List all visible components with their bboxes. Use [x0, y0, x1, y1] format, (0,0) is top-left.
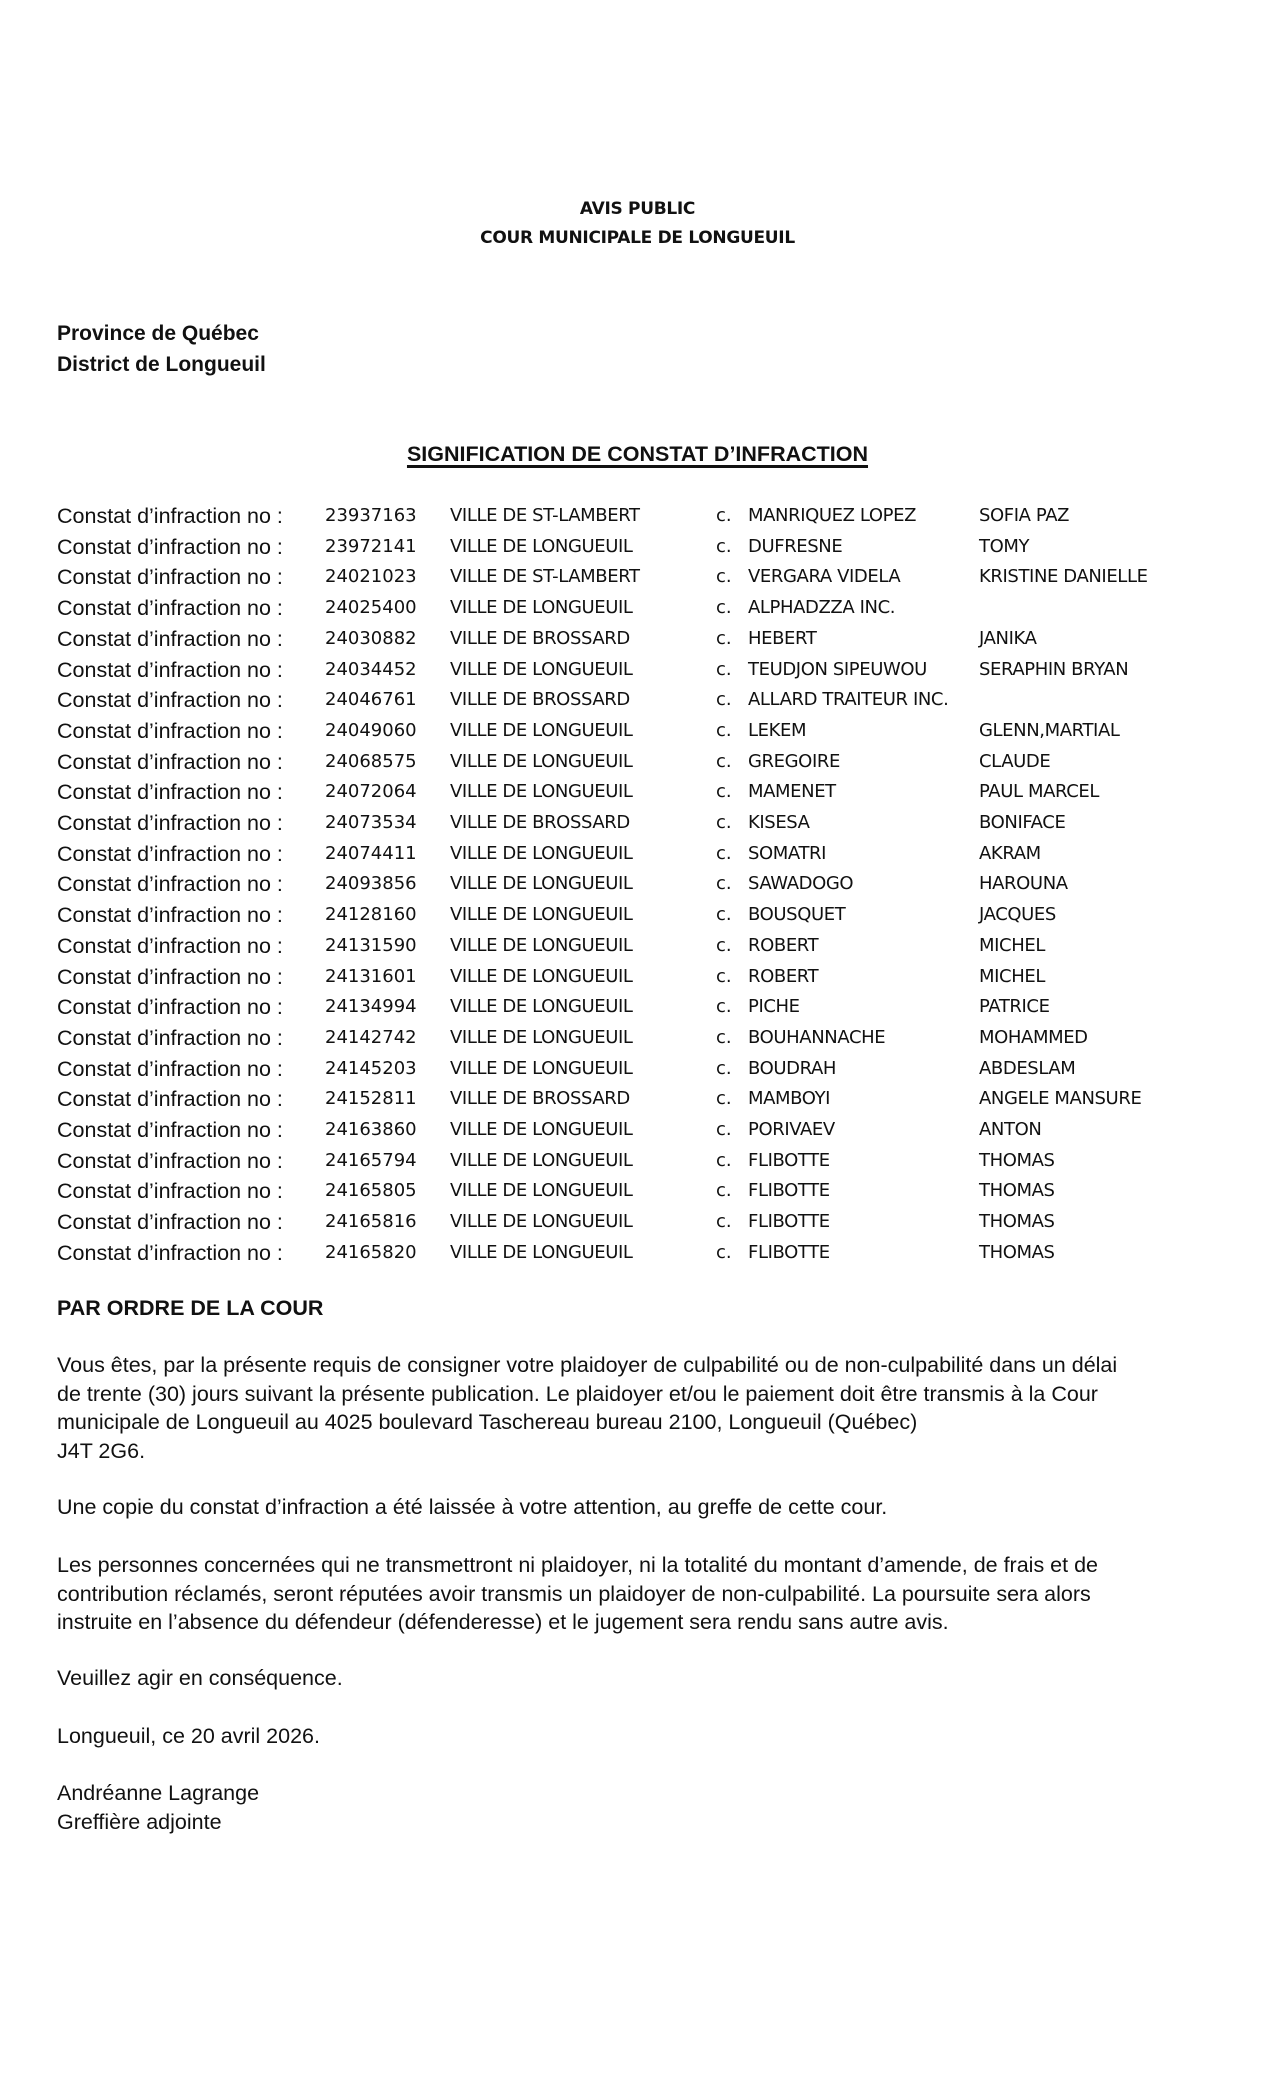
constat-number: 24131590 — [325, 931, 417, 961]
constat-number: 24152811 — [325, 1084, 417, 1114]
prosecutor-city: VILLE DE BROSSARD — [450, 1084, 630, 1114]
defendant-surname: FLIBOTTE — [748, 1238, 830, 1268]
prosecutor-city: VILLE DE BROSSARD — [450, 808, 630, 838]
constat-label: Constat d’infraction no : — [57, 655, 283, 685]
constat-row: Constat d’infraction no :24165816VILLE D… — [0, 1207, 1275, 1237]
versus-marker: c. — [716, 900, 732, 930]
constat-number: 23972141 — [325, 532, 417, 562]
defendant-surname: FLIBOTTE — [748, 1146, 830, 1176]
prosecutor-city: VILLE DE LONGUEUIL — [450, 931, 633, 961]
prosecutor-city: VILLE DE LONGUEUIL — [450, 593, 633, 623]
constat-label: Constat d’infraction no : — [57, 1146, 283, 1176]
constat-number: 24145203 — [325, 1054, 417, 1084]
defendant-firstname: PATRICE — [979, 992, 1050, 1022]
prosecutor-city: VILLE DE LONGUEUIL — [450, 1146, 633, 1176]
plea-line: municipale de Longueuil au 4025 boulevar… — [57, 1408, 1227, 1437]
defendant-surname: ALLARD TRAITEUR INC. — [748, 685, 948, 715]
constat-number: 24093856 — [325, 869, 417, 899]
versus-marker: c. — [716, 1146, 732, 1176]
constat-number: 24163860 — [325, 1115, 417, 1145]
constat-row: Constat d’infraction no :24030882VILLE D… — [0, 624, 1275, 654]
constat-number: 24128160 — [325, 900, 417, 930]
versus-marker: c. — [716, 1084, 732, 1114]
constat-row: Constat d’infraction no :24131590VILLE D… — [0, 931, 1275, 961]
signatory-name: Andréanne Lagrange — [57, 1779, 1227, 1808]
defendant-firstname: JACQUES — [979, 900, 1056, 930]
prosecutor-city: VILLE DE ST-LAMBERT — [450, 501, 640, 531]
constat-label: Constat d’infraction no : — [57, 747, 283, 777]
constat-row: Constat d’infraction no :24165805VILLE D… — [0, 1176, 1275, 1206]
constat-row: Constat d’infraction no :24142742VILLE D… — [0, 1023, 1275, 1053]
defendant-firstname: THOMAS — [979, 1176, 1055, 1206]
prosecutor-city: VILLE DE ST-LAMBERT — [450, 562, 640, 592]
prosecutor-city: VILLE DE LONGUEUIL — [450, 1176, 633, 1206]
default-line: instruite en l’absence du défendeur (déf… — [57, 1608, 1227, 1637]
defendant-surname: PORIVAEV — [748, 1115, 835, 1145]
constat-number: 24142742 — [325, 1023, 417, 1053]
order-heading: PAR ORDRE DE LA COUR — [57, 1294, 1227, 1323]
defendant-firstname: TOMY — [979, 532, 1029, 562]
versus-marker: c. — [716, 1115, 732, 1145]
copy-paragraph: Une copie du constat d’infraction a été … — [57, 1493, 1227, 1522]
constat-label: Constat d’infraction no : — [57, 1207, 283, 1237]
versus-marker: c. — [716, 962, 732, 992]
prosecutor-city: VILLE DE LONGUEUIL — [450, 532, 633, 562]
defendant-firstname: ABDESLAM — [979, 1054, 1075, 1084]
constat-row: Constat d’infraction no :24046761VILLE D… — [0, 685, 1275, 715]
versus-marker: c. — [716, 992, 732, 1022]
constat-row: Constat d’infraction no :24025400VILLE D… — [0, 593, 1275, 623]
versus-marker: c. — [716, 1176, 732, 1206]
prosecutor-city: VILLE DE BROSSARD — [450, 685, 630, 715]
notice-type: AVIS PUBLIC — [0, 199, 1275, 219]
prosecutor-city: VILLE DE LONGUEUIL — [450, 1023, 633, 1053]
constat-label: Constat d’infraction no : — [57, 931, 283, 961]
constat-label: Constat d’infraction no : — [57, 716, 283, 746]
defendant-firstname: ANGELE MANSURE — [979, 1084, 1141, 1114]
defendant-firstname: SOFIA PAZ — [979, 501, 1069, 531]
constat-number: 24068575 — [325, 747, 417, 777]
constat-number: 24165805 — [325, 1176, 417, 1206]
versus-marker: c. — [716, 1054, 732, 1084]
defendant-surname: PICHE — [748, 992, 800, 1022]
versus-marker: c. — [716, 1023, 732, 1053]
defendant-surname: DUFRESNE — [748, 532, 842, 562]
defendant-surname: KISESA — [748, 808, 810, 838]
versus-marker: c. — [716, 685, 732, 715]
prosecutor-city: VILLE DE LONGUEUIL — [450, 1054, 633, 1084]
defendant-surname: MAMENET — [748, 777, 836, 807]
versus-marker: c. — [716, 593, 732, 623]
defendant-surname: ROBERT — [748, 931, 818, 961]
constat-row: Constat d’infraction no :24068575VILLE D… — [0, 747, 1275, 777]
constat-number: 24165820 — [325, 1238, 417, 1268]
act-accordingly: Veuillez agir en conséquence. — [57, 1664, 1227, 1693]
defendant-surname: SAWADOGO — [748, 869, 853, 899]
default-line: contribution réclamés, seront réputées a… — [57, 1580, 1227, 1609]
prosecutor-city: VILLE DE LONGUEUIL — [450, 992, 633, 1022]
defendant-surname: VERGARA VIDELA — [748, 562, 900, 592]
constat-number: 24134994 — [325, 992, 417, 1022]
defendant-surname: BOUHANNACHE — [748, 1023, 885, 1053]
defendant-surname: FLIBOTTE — [748, 1176, 830, 1206]
constat-label: Constat d’infraction no : — [57, 777, 283, 807]
constat-label: Constat d’infraction no : — [57, 1238, 283, 1268]
constat-number: 24034452 — [325, 655, 417, 685]
constat-number: 24073534 — [325, 808, 417, 838]
constat-number: 24165816 — [325, 1207, 417, 1237]
constat-label: Constat d’infraction no : — [57, 1023, 283, 1053]
prosecutor-city: VILLE DE LONGUEUIL — [450, 777, 633, 807]
constat-label: Constat d’infraction no : — [57, 900, 283, 930]
constat-row: Constat d’infraction no :24165820VILLE D… — [0, 1238, 1275, 1268]
constat-number: 24131601 — [325, 962, 417, 992]
defendant-surname: ROBERT — [748, 962, 818, 992]
plea-line: Vous êtes, par la présente requis de con… — [57, 1351, 1227, 1380]
constat-label: Constat d’infraction no : — [57, 962, 283, 992]
constat-row: Constat d’infraction no :24128160VILLE D… — [0, 900, 1275, 930]
constat-label: Constat d’infraction no : — [57, 593, 283, 623]
defendant-firstname: HAROUNA — [979, 869, 1068, 899]
constat-row: Constat d’infraction no :24152811VILLE D… — [0, 1084, 1275, 1114]
prosecutor-city: VILLE DE LONGUEUIL — [450, 869, 633, 899]
constat-row: Constat d’infraction no :24134994VILLE D… — [0, 992, 1275, 1022]
prosecutor-city: VILLE DE LONGUEUIL — [450, 839, 633, 869]
prosecutor-city: VILLE DE BROSSARD — [450, 624, 630, 654]
prosecutor-city: VILLE DE LONGUEUIL — [450, 747, 633, 777]
constat-row: Constat d’infraction no :24131601VILLE D… — [0, 962, 1275, 992]
defendant-firstname: PAUL MARCEL — [979, 777, 1099, 807]
constat-label: Constat d’infraction no : — [57, 839, 283, 869]
versus-marker: c. — [716, 501, 732, 531]
prosecutor-city: VILLE DE LONGUEUIL — [450, 900, 633, 930]
province-label: Province de Québec — [57, 322, 259, 346]
constat-label: Constat d’infraction no : — [57, 501, 283, 531]
prosecutor-city: VILLE DE LONGUEUIL — [450, 1238, 633, 1268]
constat-number: 23937163 — [325, 501, 417, 531]
defendant-firstname: THOMAS — [979, 1238, 1055, 1268]
constat-row: Constat d’infraction no :24093856VILLE D… — [0, 869, 1275, 899]
constat-row: Constat d’infraction no :24049060VILLE D… — [0, 716, 1275, 746]
constat-number: 24025400 — [325, 593, 417, 623]
versus-marker: c. — [716, 1238, 732, 1268]
constat-row: Constat d’infraction no :24163860VILLE D… — [0, 1115, 1275, 1145]
defendant-firstname: CLAUDE — [979, 747, 1050, 777]
district-label: District de Longueuil — [57, 353, 266, 377]
defendant-firstname: MOHAMMED — [979, 1023, 1088, 1053]
constat-label: Constat d’infraction no : — [57, 869, 283, 899]
signature-block: Andréanne Lagrange Greffière adjointe — [57, 1779, 1227, 1836]
versus-marker: c. — [716, 869, 732, 899]
constat-row: Constat d’infraction no :24034452VILLE D… — [0, 655, 1275, 685]
constat-label: Constat d’infraction no : — [57, 1054, 283, 1084]
constat-row: Constat d’infraction no :24073534VILLE D… — [0, 808, 1275, 838]
constat-row: Constat d’infraction no :24074411VILLE D… — [0, 839, 1275, 869]
defendant-firstname: THOMAS — [979, 1207, 1055, 1237]
constat-label: Constat d’infraction no : — [57, 532, 283, 562]
plea-line: J4T 2G6. — [57, 1437, 1227, 1466]
constat-row: Constat d’infraction no :24165794VILLE D… — [0, 1146, 1275, 1176]
defendant-surname: ALPHADZZA INC. — [748, 593, 895, 623]
defendant-surname: BOUDRAH — [748, 1054, 836, 1084]
constat-number: 24030882 — [325, 624, 417, 654]
constat-label: Constat d’infraction no : — [57, 562, 283, 592]
prosecutor-city: VILLE DE LONGUEUIL — [450, 1115, 633, 1145]
constat-label: Constat d’infraction no : — [57, 1115, 283, 1145]
versus-marker: c. — [716, 716, 732, 746]
versus-marker: c. — [716, 655, 732, 685]
constat-number: 24072064 — [325, 777, 417, 807]
constat-number: 24165794 — [325, 1146, 417, 1176]
constat-label: Constat d’infraction no : — [57, 1084, 283, 1114]
constat-number: 24021023 — [325, 562, 417, 592]
constat-number: 24049060 — [325, 716, 417, 746]
constat-row: Constat d’infraction no :24072064VILLE D… — [0, 777, 1275, 807]
defendant-surname: MANRIQUEZ LOPEZ — [748, 501, 916, 531]
defendant-surname: TEUDJON SIPEUWOU — [748, 655, 927, 685]
defendant-firstname: THOMAS — [979, 1146, 1055, 1176]
defendant-firstname: GLENN,MARTIAL — [979, 716, 1120, 746]
defendant-surname: SOMATRI — [748, 839, 826, 869]
versus-marker: c. — [716, 931, 732, 961]
constat-row: Constat d’infraction no :24021023VILLE D… — [0, 562, 1275, 592]
constat-label: Constat d’infraction no : — [57, 1176, 283, 1206]
defendant-surname: LEKEM — [748, 716, 806, 746]
default-line: Les personnes concernées qui ne transmet… — [57, 1551, 1227, 1580]
defendant-surname: HEBERT — [748, 624, 816, 654]
constat-number: 24046761 — [325, 685, 417, 715]
prosecutor-city: VILLE DE LONGUEUIL — [450, 962, 633, 992]
versus-marker: c. — [716, 562, 732, 592]
constat-label: Constat d’infraction no : — [57, 685, 283, 715]
plea-line: de trente (30) jours suivant la présente… — [57, 1380, 1227, 1409]
plea-paragraph: Vous êtes, par la présente requis de con… — [57, 1351, 1227, 1465]
constat-label: Constat d’infraction no : — [57, 992, 283, 1022]
court-name: COUR MUNICIPALE DE LONGUEUIL — [0, 228, 1275, 248]
versus-marker: c. — [716, 777, 732, 807]
prosecutor-city: VILLE DE LONGUEUIL — [450, 655, 633, 685]
versus-marker: c. — [716, 839, 732, 869]
defendant-firstname: AKRAM — [979, 839, 1041, 869]
defendant-surname: BOUSQUET — [748, 900, 845, 930]
constat-number: 24074411 — [325, 839, 417, 869]
defendant-firstname: JANIKA — [979, 624, 1036, 654]
versus-marker: c. — [716, 624, 732, 654]
defendant-firstname: MICHEL — [979, 962, 1045, 992]
date-line: Longueuil, ce 20 avril 2026. — [57, 1722, 1227, 1751]
defendant-firstname: BONIFACE — [979, 808, 1065, 838]
constat-label: Constat d’infraction no : — [57, 808, 283, 838]
document-title: SIGNIFICATION DE CONSTAT D’INFRACTION — [0, 442, 1275, 467]
prosecutor-city: VILLE DE LONGUEUIL — [450, 1207, 633, 1237]
signatory-role: Greffière adjointe — [57, 1808, 1227, 1837]
versus-marker: c. — [716, 747, 732, 777]
prosecutor-city: VILLE DE LONGUEUIL — [450, 716, 633, 746]
defendant-firstname: SERAPHIN BRYAN — [979, 655, 1128, 685]
defendant-firstname: MICHEL — [979, 931, 1045, 961]
constat-label: Constat d’infraction no : — [57, 624, 283, 654]
defendant-firstname: KRISTINE DANIELLE — [979, 562, 1148, 592]
defendant-firstname: ANTON — [979, 1115, 1041, 1145]
versus-marker: c. — [716, 1207, 732, 1237]
constat-row: Constat d’infraction no :23937163VILLE D… — [0, 501, 1275, 531]
versus-marker: c. — [716, 532, 732, 562]
versus-marker: c. — [716, 808, 732, 838]
constat-row: Constat d’infraction no :23972141VILLE D… — [0, 532, 1275, 562]
defendant-surname: GREGOIRE — [748, 747, 840, 777]
defendant-surname: MAMBOYI — [748, 1084, 830, 1114]
default-paragraph: Les personnes concernées qui ne transmet… — [57, 1551, 1227, 1637]
constat-row: Constat d’infraction no :24145203VILLE D… — [0, 1054, 1275, 1084]
defendant-surname: FLIBOTTE — [748, 1207, 830, 1237]
